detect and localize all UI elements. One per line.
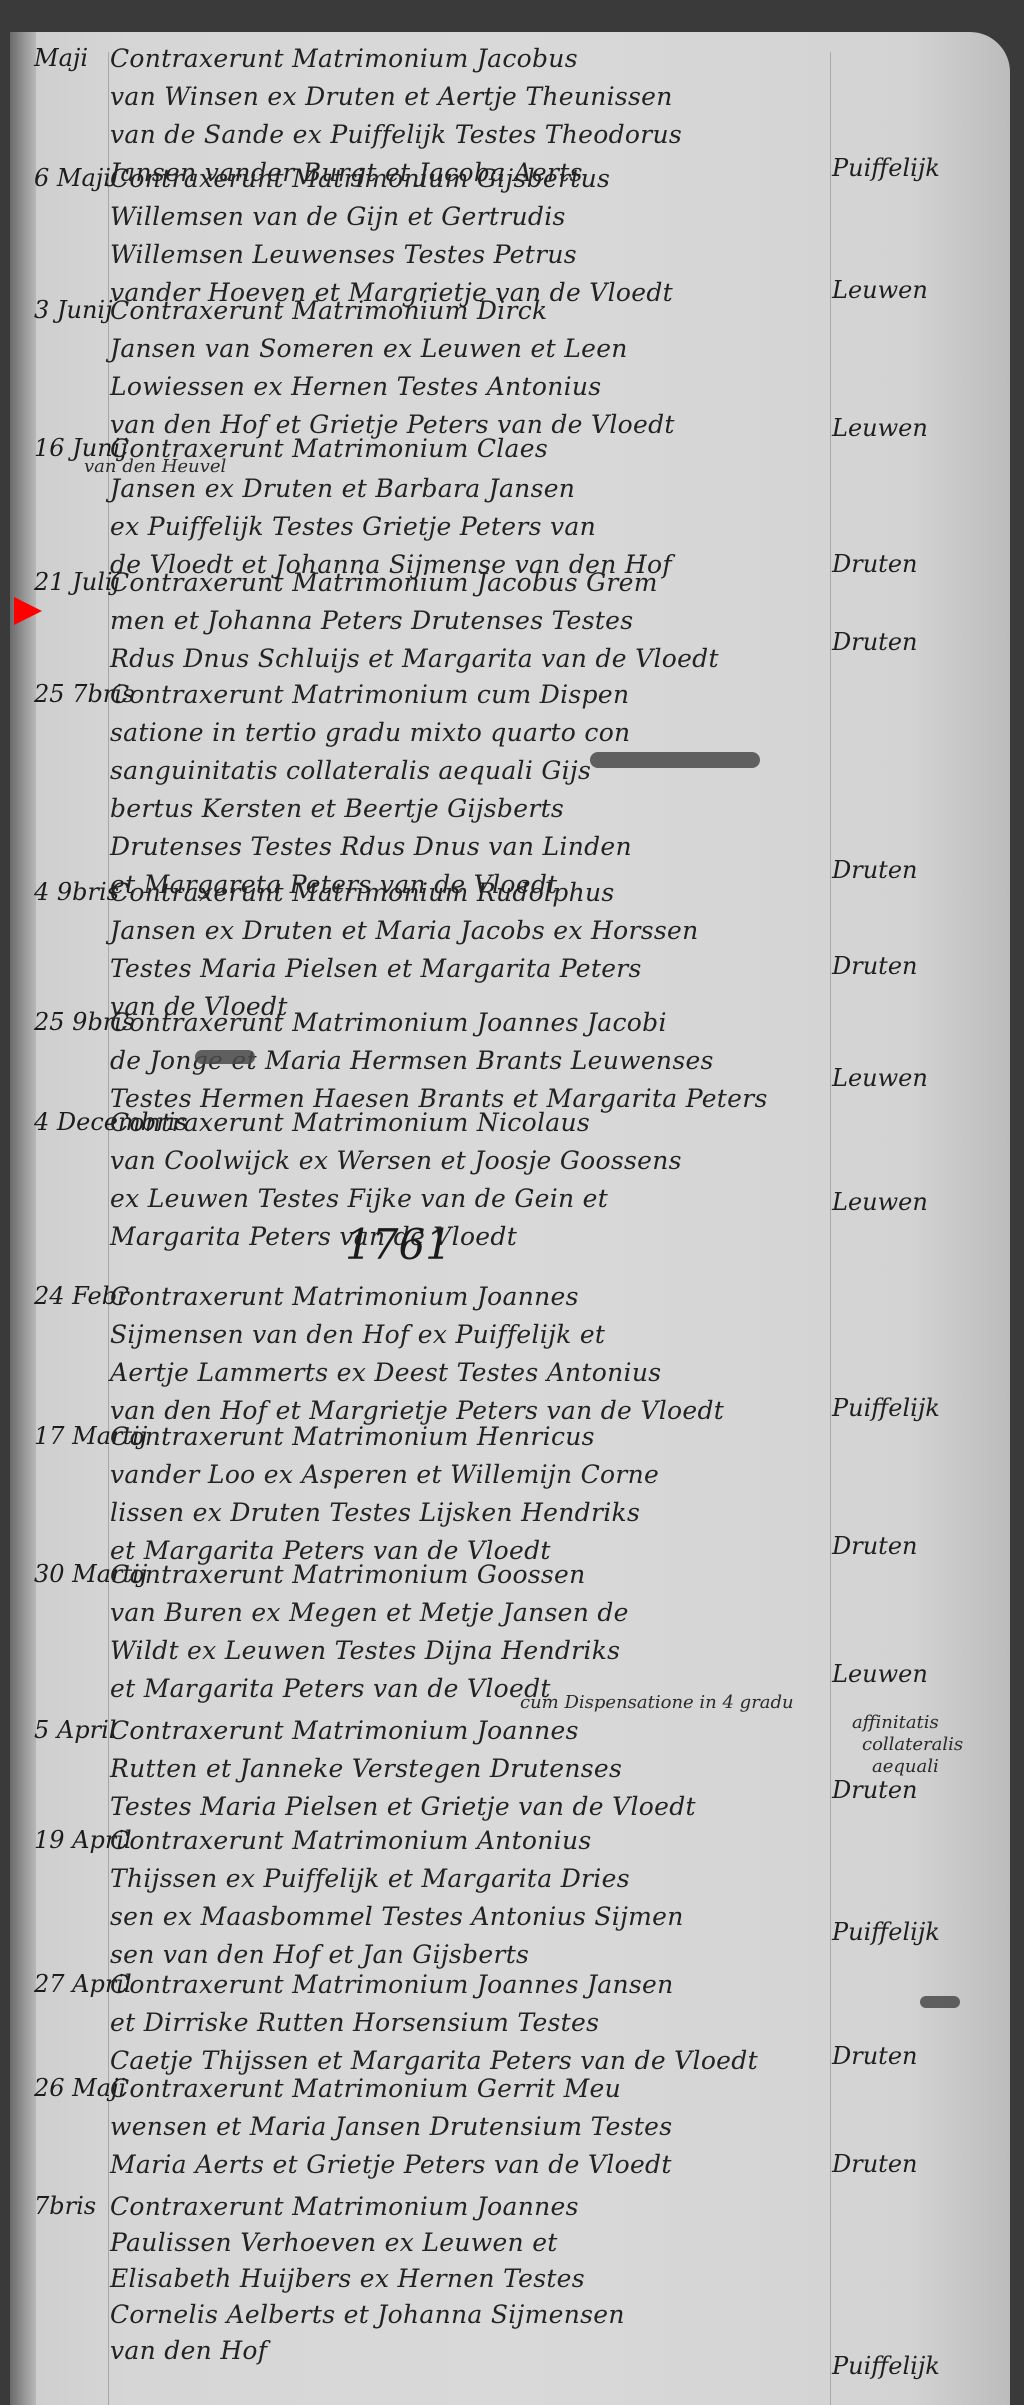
entry-place: Druten [832,1776,917,1804]
entry-line: men et Johanna Peters Drutenses Testes [110,606,633,635]
entry-place: Druten [832,856,917,884]
entry-date: 6 Maji [34,164,111,192]
entry-line: Willemsen Leuwenses Testes Petrus [110,240,577,269]
ink-strikeout [590,752,760,768]
entry-line: et Dirriske Rutten Horsensium Testes [110,2008,599,2037]
entry-line: Contraxerunt Matrimonium Antonius [110,1826,592,1855]
entry-line: Elisabeth Huijbers ex Hernen Testes [110,2264,585,2293]
entry-line: Contraxerunt Matrimonium Dirck [110,296,547,325]
entry-line: Contraxerunt Matrimonium Joannes Jansen [110,1970,674,1999]
entry-place: Leuwen [832,1188,928,1216]
entry-line: vander Loo ex Asperen et Willemijn Corne [110,1460,659,1489]
entry-date: 5 April [34,1716,116,1744]
entry-date: 4 9bris [34,878,119,906]
margin-note: affinitatis [852,1712,939,1733]
entry-line: lissen ex Druten Testes Lijsken Hendriks [110,1498,640,1527]
entry-line: Willemsen van de Gijn et Gertrudis [110,202,566,231]
entry-line: Jansen van Someren ex Leuwen et Leen [110,334,628,363]
ink-blot [920,1996,960,2008]
entry-place: Puiffelijk [832,2352,940,2380]
entry-line: Jansen ex Druten et Barbara Jansen [110,474,575,503]
entry-line: Contraxerunt Matrimonium Henricus [110,1422,595,1451]
entry-place: Druten [832,1532,917,1560]
entry-line: Thijssen ex Puiffelijk et Margarita Drie… [110,1864,630,1893]
entry-line: Contraxerunt Matrimonium cum Dispen [110,680,629,709]
entry-line: Contraxerunt Matrimonium Joannes [110,1716,579,1745]
entry-line: Contraxerunt Matrimonium Joannes Jacobi [110,1008,667,1037]
entry-line: Contraxerunt Matrimonium Goossen [110,1560,586,1589]
entry-line: sen van den Hof et Jan Gijsberts [110,1940,529,1969]
entry-line: Contraxerunt Matrimonium Rudolphus [110,878,615,907]
entry-line: Aertje Lammerts ex Deest Testes Antonius [110,1358,661,1387]
entry-line: Contraxerunt Matrimonium Jacobus Grem [110,568,658,597]
entry-line: Margarita Peters van de Vloedt [110,1222,517,1251]
ink-strikeout [195,1050,255,1064]
entry-line: bertus Kersten et Beertje Gijsberts [110,794,564,823]
entry-line: Contraxerunt Matrimonium Joannes [110,2192,579,2221]
entry-place: Druten [832,952,917,980]
entry-line: Wildt ex Leuwen Testes Dijna Hendriks [110,1636,620,1665]
margin-note: aequali [872,1756,939,1777]
entry-place: Leuwen [832,1660,928,1688]
entry-line: van de Sande ex Puiffelijk Testes Theodo… [110,120,682,149]
entry-place: Puiffelijk [832,1918,940,1946]
margin-note: collateralis [862,1734,963,1755]
entry-place: Leuwen [832,276,928,304]
entry-place: Druten [832,2042,917,2070]
entry-line: Lowiessen ex Hernen Testes Antonius [110,372,601,401]
entry-line: Contraxerunt Matrimonium Jacobus [110,44,578,73]
left-margin-rule [108,52,109,2405]
entry-line: Maria Aerts et Grietje Peters van de Vlo… [110,2150,672,2179]
entry-line: Contraxerunt Matrimonium Gijsbertus [110,164,610,193]
entry-line: Jansen ex Druten et Maria Jacobs ex Hors… [110,916,698,945]
year-heading: 1761 [345,1220,452,1269]
entry-place: Leuwen [832,1064,928,1092]
entry-line: Contraxerunt Matrimonium Nicolaus [110,1108,590,1137]
entry-line: et Margarita Peters van de Vloedt [110,1674,551,1703]
entry-line: Testes Maria Pielsen et Margarita Peters [110,954,642,983]
page-binding-edge [10,32,36,2405]
entry-place: Puiffelijk [832,1394,940,1422]
entry-line: Rutten et Janneke Verstegen Drutenses [110,1754,622,1783]
entry-line: Cornelis Aelberts et Johanna Sijmensen [110,2300,625,2329]
entry-line: van den Hof et Margrietje Peters van de … [110,1396,724,1425]
entry-line: Drutenses Testes Rdus Dnus van Linden [110,832,632,861]
entry-date: 3 Junij [34,296,113,324]
entry-place: Leuwen [832,414,928,442]
entry-line: Contraxerunt Matrimonium Joannes [110,1282,579,1311]
entry-line: Caetje Thijssen et Margarita Peters van … [110,2046,758,2075]
entry-line: van den Hof [110,2336,267,2365]
entry-line: Rdus Dnus Schluijs et Margarita van de V… [110,644,719,673]
entry-date: Maji [34,44,88,72]
right-margin-rule [830,52,831,2405]
entry-line: satione in tertio gradu mixto quarto con [110,718,630,747]
entry-line: Paulissen Verhoeven ex Leuwen et [110,2228,558,2257]
entry-line: Contraxerunt Matrimonium Gerrit Meu [110,2074,621,2103]
entry-line: van Coolwijck ex Wersen et Joosje Goosse… [110,1146,682,1175]
entry-line: van Winsen ex Druten et Aertje Theunisse… [110,82,673,111]
entry-date: 21 Julij [34,568,120,596]
entry-place: Druten [832,628,917,656]
entry-line: ex Leuwen Testes Fijke van de Gein et [110,1184,608,1213]
entry-date: 7bris [34,2192,96,2220]
entry-place: Druten [832,550,917,578]
entry-line: wensen et Maria Jansen Drutensium Testes [110,2112,672,2141]
entry-line: sanguinitatis collateralis aequali Gijs [110,756,591,785]
entry-place: Puiffelijk [832,154,940,182]
entry-place: Druten [832,2150,917,2178]
entry-line: ex Puiffelijk Testes Grietje Peters van [110,512,596,541]
entry-line: Testes Maria Pielsen et Grietje van de V… [110,1792,696,1821]
entry-line: van Buren ex Megen et Metje Jansen de [110,1598,629,1627]
entry-line: sen ex Maasbommel Testes Antonius Sijmen [110,1902,684,1931]
red-arrow-marker-icon [14,597,42,625]
entry-line: Sijmensen van den Hof ex Puiffelijk et [110,1320,605,1349]
interlinear-note: cum Dispensatione in 4 gradu [520,1692,794,1713]
